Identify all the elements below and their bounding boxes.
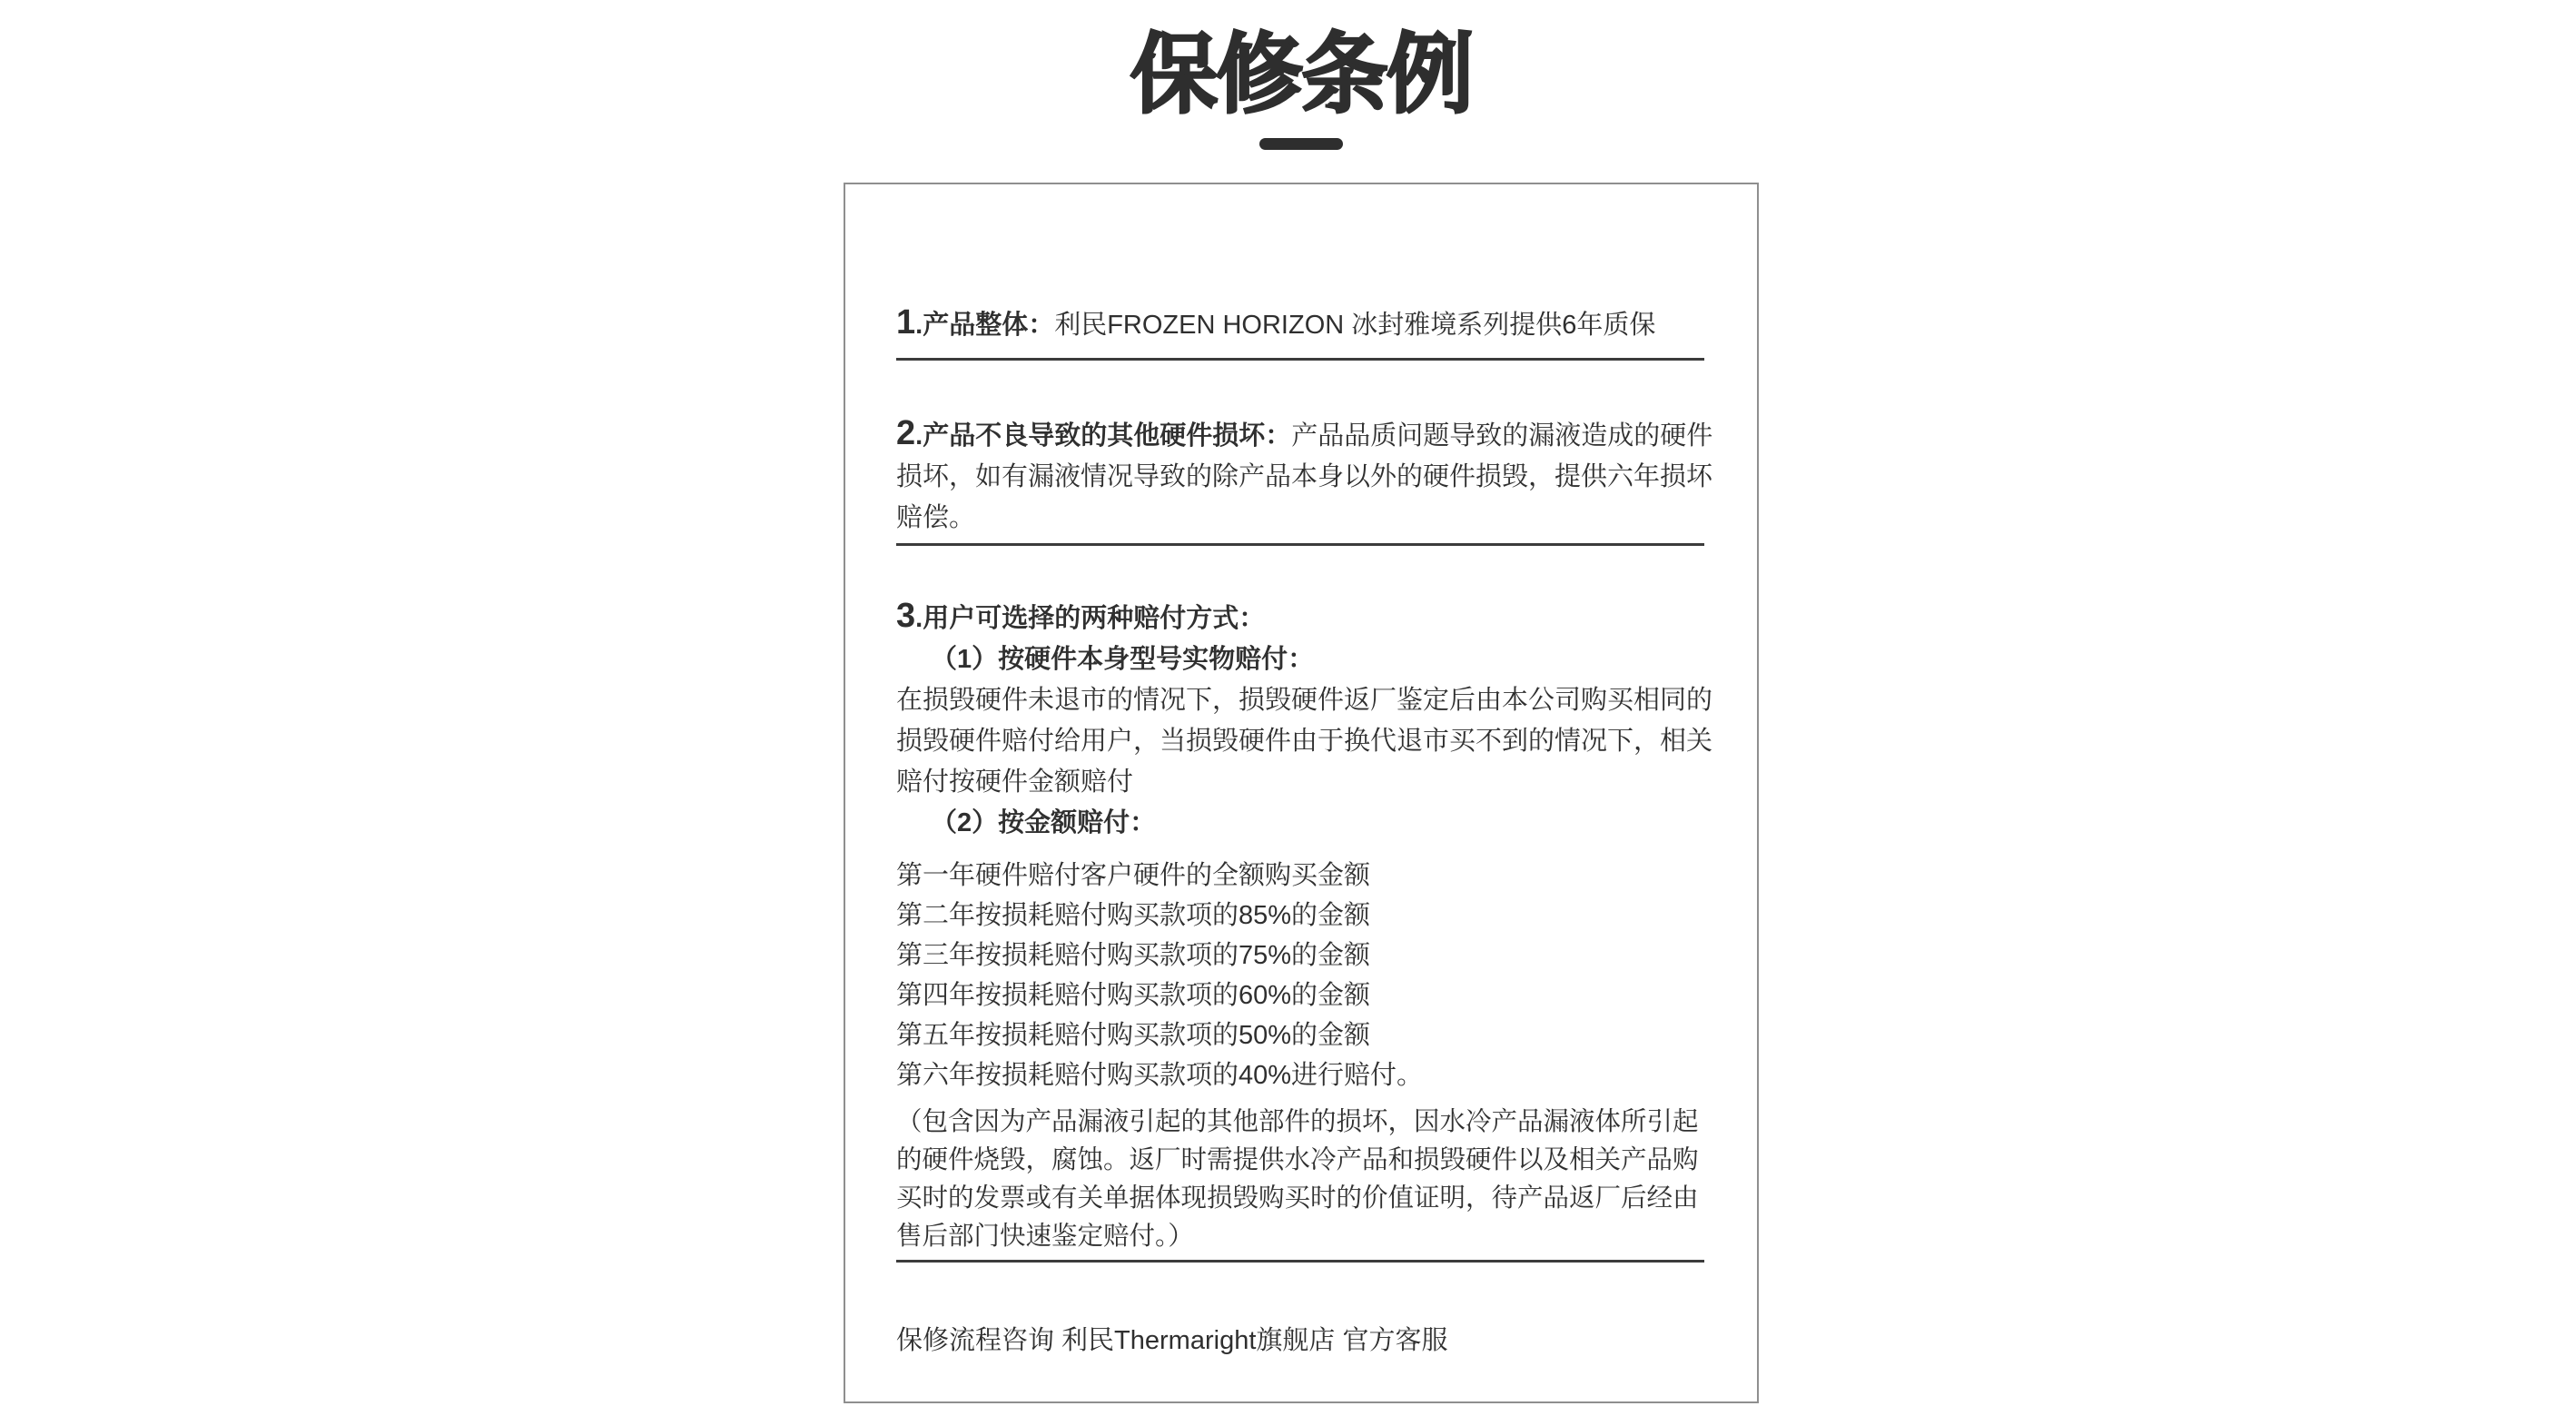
schedule-year-3: 第三年按损耗赔付购买款项的75%的金额	[896, 936, 1704, 975]
option-1-line-2: 损毁硬件赔付给用户，当损毁硬件由于换代退市买不到的情况下，相关	[896, 721, 1704, 762]
section-product-warranty: 1.产品整体：利民FROZEN HORIZON 冰封雅境系列提供6年质保	[896, 302, 1704, 361]
clause-3-heading-line: 3.用户可选择的两种赔付方式：	[896, 596, 1704, 639]
clause-1-text: 利民FROZEN HORIZON 冰封雅境系列提供6年质保	[1054, 311, 1655, 340]
clause-1-heading: .产品整体：	[915, 311, 1054, 340]
schedule-year-4: 第四年按损耗赔付购买款项的60%的金额	[896, 975, 1704, 1015]
clause-2-heading: .产品不良导致的其他硬件损坏：	[915, 421, 1291, 451]
option-1-heading: （1）按硬件本身型号实物赔付：	[896, 639, 1704, 680]
clause-2-text: 产品品质问题导致的漏液造成的硬件	[1291, 421, 1712, 451]
schedule-year-1: 第一年硬件赔付客户硬件的全额购买金额	[896, 856, 1704, 896]
option-1-line-1: 在损毁硬件未退市的情况下，损毁硬件返厂鉴定后由本公司购买相同的	[896, 680, 1704, 721]
clause-2-line-2: 损坏，如有漏液情况导致的除产品本身以外的硬件损毁，提供六年损坏	[896, 457, 1704, 498]
option-2-heading: （2）按金额赔付：	[896, 803, 1704, 844]
clause-2-number: 2	[896, 414, 915, 452]
title-underline	[1259, 138, 1343, 150]
section-divider	[896, 1260, 1704, 1263]
note-line-1: （包含因为产品漏液引起的其他部件的损坏，因水冷产品漏液体所引起	[896, 1103, 1704, 1141]
section-divider	[896, 543, 1704, 546]
schedule-year-6: 第六年按损耗赔付购买款项的40%进行赔付。	[896, 1055, 1704, 1095]
schedule-year-2: 第二年按损耗赔付购买款项的85%的金额	[896, 896, 1704, 936]
section-other-hardware-damage: 2.产品不良导致的其他硬件损坏：产品品质问题导致的漏液造成的硬件 损坏，如有漏液…	[896, 413, 1704, 546]
clause-3-heading: .用户可选择的两种赔付方式：	[915, 604, 1265, 633]
title-block: 保修条例	[844, 0, 1759, 150]
note-line-4: 售后部门快速鉴定赔付。）	[896, 1217, 1704, 1255]
warranty-page: 保修条例 1.产品整体：利民FROZEN HORIZON 冰封雅境系列提供6年质…	[844, 0, 1759, 1403]
customer-service-line: 保修流程咨询 利民Thermaright旗舰店 官方客服	[896, 1321, 1704, 1362]
page-title: 保修条例	[844, 24, 1759, 127]
option-1-line-3: 赔付按硬件金额赔付	[896, 762, 1704, 803]
clause-2-line-3: 赔偿。	[896, 498, 1704, 539]
warranty-card: 1.产品整体：利民FROZEN HORIZON 冰封雅境系列提供6年质保 2.产…	[844, 183, 1759, 1403]
clause-3-number: 3	[896, 597, 915, 635]
clause-1-number: 1	[896, 303, 915, 342]
note-line-2: 的硬件烧毁，腐蚀。返厂时需提供水冷产品和损毁硬件以及相关产品购	[896, 1141, 1704, 1179]
clause-1-line: 1.产品整体：利民FROZEN HORIZON 冰封雅境系列提供6年质保	[896, 302, 1704, 346]
note-line-3: 买时的发票或有关单据体现损毁购买时的价值证明，待产品返厂后经由	[896, 1179, 1704, 1217]
section-compensation-methods: 3.用户可选择的两种赔付方式： （1）按硬件本身型号实物赔付： 在损毁硬件未退市…	[896, 596, 1704, 1263]
clause-2-line-1: 2.产品不良导致的其他硬件损坏：产品品质问题导致的漏液造成的硬件	[896, 413, 1704, 457]
note-paragraph: （包含因为产品漏液引起的其他部件的损坏，因水冷产品漏液体所引起 的硬件烧毁，腐蚀…	[896, 1103, 1704, 1255]
schedule-year-5: 第五年按损耗赔付购买款项的50%的金额	[896, 1015, 1704, 1055]
compensation-schedule: 第一年硬件赔付客户硬件的全额购买金额 第二年按损耗赔付购买款项的85%的金额 第…	[896, 856, 1704, 1095]
section-divider	[896, 358, 1704, 361]
